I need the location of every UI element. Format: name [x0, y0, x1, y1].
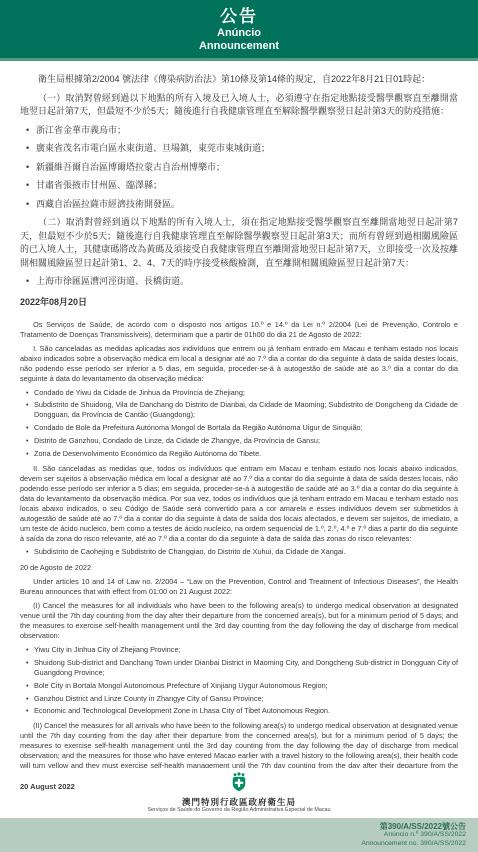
list-item: Bole City in Bortala Mongol Autonomous P…	[20, 681, 458, 691]
list-item: Subdistrito de Shuidong, Vila de Danchan…	[20, 400, 458, 420]
list-item: 上海市徐匯區漕河涇街道、長橋街道。	[20, 275, 458, 289]
list-item: 西藏自治區拉薩市經濟技術開發區。	[20, 198, 458, 212]
list-item: Shuidong Sub-district and Danchang Town …	[20, 658, 458, 678]
section-portuguese: Os Serviços de Saúde, de acordo com o di…	[20, 320, 458, 573]
pt-date: 20 de Agosto de 2022	[20, 563, 458, 573]
page-title-pt: Anúncio	[0, 27, 478, 40]
announcement-ref-en: Announcement no. 390/A/SS/2022	[361, 840, 466, 849]
bureau-name-pt: Serviços de Saúde do Governo da Região A…	[20, 807, 458, 814]
list-item: Subdistrito de Caohejing e Subdistrito d…	[20, 547, 458, 557]
pt-area-list-2: Subdistrito de Caohejing e Subdistrito d…	[20, 547, 458, 557]
announcement-page: 公告 Anúncio Announcement 衛生局根據第2/2004 號法律…	[0, 0, 478, 852]
page-title-en: Announcement	[0, 40, 478, 53]
list-item: 甘肅省張掖市甘州區、臨澤縣；	[20, 179, 458, 193]
en-intro: Under articles 10 and 14 of Law no. 2/20…	[20, 577, 458, 597]
list-item: Economic and Technological Development Z…	[20, 706, 458, 716]
pt-area-list-1: Condado de Yiwu da Cidade de Jinhua da P…	[20, 388, 458, 460]
list-item: Condado de Yiwu da Cidade de Jinhua da P…	[20, 388, 458, 398]
list-item: 浙江省金華市義烏市；	[20, 124, 458, 138]
zh-intro: 衛生局根據第2/2004 號法律《傳染病防治法》第10條及第14條的規定，自20…	[20, 73, 458, 87]
en-item-2: (II) Cancel the measures for all arrival…	[20, 721, 458, 768]
en-date: 20 August 2022	[20, 782, 75, 791]
announcement-ref-pt: Anúncio n.º 390/A/SS/2022	[384, 831, 466, 840]
list-item: 廣東省茂名市電白區水東街道、旦場鎮，東莞市東城街道；	[20, 142, 458, 156]
list-item: Distrito de Ganzhou, Condado de Linze, d…	[20, 436, 458, 446]
page-title-zh: 公告	[0, 7, 478, 27]
section-english: Under articles 10 and 14 of Law no. 2/20…	[20, 577, 458, 768]
zh-area-list-2: 上海市徐匯區漕河涇街道、長橋街道。	[20, 275, 458, 289]
zh-item-1: （一）取消對曾經到過以下地點的所有入境及已入境人士，必須遵守在指定地點接受醫學觀…	[20, 92, 458, 119]
reference-bar: 第390/A/SS/2022號公告 Anúncio n.º 390/A/SS/2…	[0, 818, 478, 852]
announcement-body: 衛生局根據第2/2004 號法律《傳染病防治法》第10條及第14條的規定，自20…	[0, 61, 478, 768]
list-item: Zona de Desenvolvimento Económico da Reg…	[20, 449, 458, 459]
en-area-list-1: Yiwu City in Jinhua City of Zhejiang Pro…	[20, 645, 458, 717]
section-chinese: 衛生局根據第2/2004 號法律《傳染病防治法》第10條及第14條的規定，自20…	[20, 73, 458, 309]
pt-item-2: II. São canceladas as medidas que, todos…	[20, 464, 458, 543]
zh-area-list-1: 浙江省金華市義烏市； 廣東省茂名市電白區水東街道、旦場鎮，東莞市東城街道； 新疆…	[20, 124, 458, 212]
zh-item-2: （二）取消對曾經到過以下地點的所有入境人士，須在指定地點接受醫學觀察直至離開當地…	[20, 216, 458, 270]
bureau-name-zh: 澳門特別行政區政府衛生局	[20, 797, 458, 807]
list-item: Yiwu City in Jinhua City of Zhejiang Pro…	[20, 645, 458, 655]
pt-intro: Os Serviços de Saúde, de acordo com o di…	[20, 320, 458, 340]
header-banner: 公告 Anúncio Announcement	[0, 0, 478, 61]
health-bureau-logo-icon	[229, 772, 249, 792]
list-item: 新疆維吾爾自治區博爾塔拉蒙古自治州博樂市；	[20, 161, 458, 175]
announcement-ref-zh: 第390/A/SS/2022號公告	[380, 822, 466, 832]
zh-date: 2022年08月20日	[20, 296, 458, 310]
pt-item-1: I. São canceladas as medidas aplicadas a…	[20, 344, 458, 384]
footer-branding: 20 August 2022 澳門特別行政區政府衛生局 Serviços de …	[0, 768, 478, 818]
list-item: Condado de Bole da Prefeitura Autónoma M…	[20, 423, 458, 433]
en-item-1: (I) Cancel the measures for all individu…	[20, 601, 458, 641]
list-item: Ganzhou District and Linze County in Zha…	[20, 694, 458, 704]
